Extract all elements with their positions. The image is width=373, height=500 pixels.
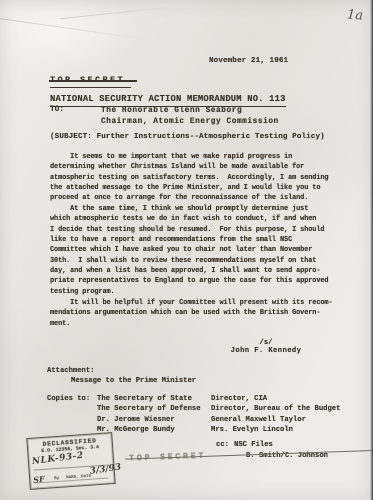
paper-crease [60,6,179,20]
cc-label: cc: [216,440,229,450]
page-number-note: 1a [346,7,363,23]
body-paragraph-2: At the same time, I think we should prom… [50,204,328,297]
copies-column-2: Director, CIA Director, Bureau of the Bu… [211,394,340,436]
signature-s-mark: /s/ [196,339,336,347]
copies-to-label: Copies to: [47,394,90,404]
body-paragraph-1: It seems to me important that we make ra… [50,152,328,204]
declassification-by-label: By [54,477,59,481]
memo-title: NATIONAL SECURITY ACTION MEMORANDUM NO. … [50,94,286,107]
attachment-label: Attachment: [47,366,94,376]
memo-page: 1a November 21, 1961 TOP SECRET NATIONAL… [0,0,373,500]
top-secret-classification-stamp: TOP SECRET [50,75,131,88]
signature-name: John F. Kennedy [196,347,336,355]
to-label: TO: [50,106,64,114]
declassification-by-signature: SF [33,474,45,485]
declassified-stamp: DECLASSIFIED E.O. 12356, Sec. 3.4 NLK-93… [26,432,115,490]
to-recipient-title: Chairman, Atomic Energy Commission [101,117,279,128]
to-recipient-name: The Honorable Glenn Seaborg [101,106,279,117]
copies-recipient: Mrs. Evelyn Lincoln [211,425,340,435]
copies-recipient: The Secretary of State [97,394,201,404]
body-paragraph-3: It will be helpful if your Committee wil… [50,298,332,329]
copies-recipient: Director, Bureau of the Budget [211,404,340,414]
attachment-item: Message to the Prime Minister [71,376,196,386]
subject-line: (SUBJECT: Further Instructions--Atmosphe… [50,133,325,141]
paper-crease [0,17,149,40]
copies-recipient: Dr. Jerome Wiesner [97,415,201,425]
date-line: November 21, 1961 [209,57,288,65]
copies-recipient: Mr. McGeorge Bundy [97,425,201,435]
copies-recipient: Director, CIA [211,394,340,404]
copies-recipient: The Secretary of Defense [97,404,201,414]
copies-column-1: The Secretary of State The Secretary of … [97,394,201,436]
copies-recipient: General Maxwell Taylor [211,415,340,425]
